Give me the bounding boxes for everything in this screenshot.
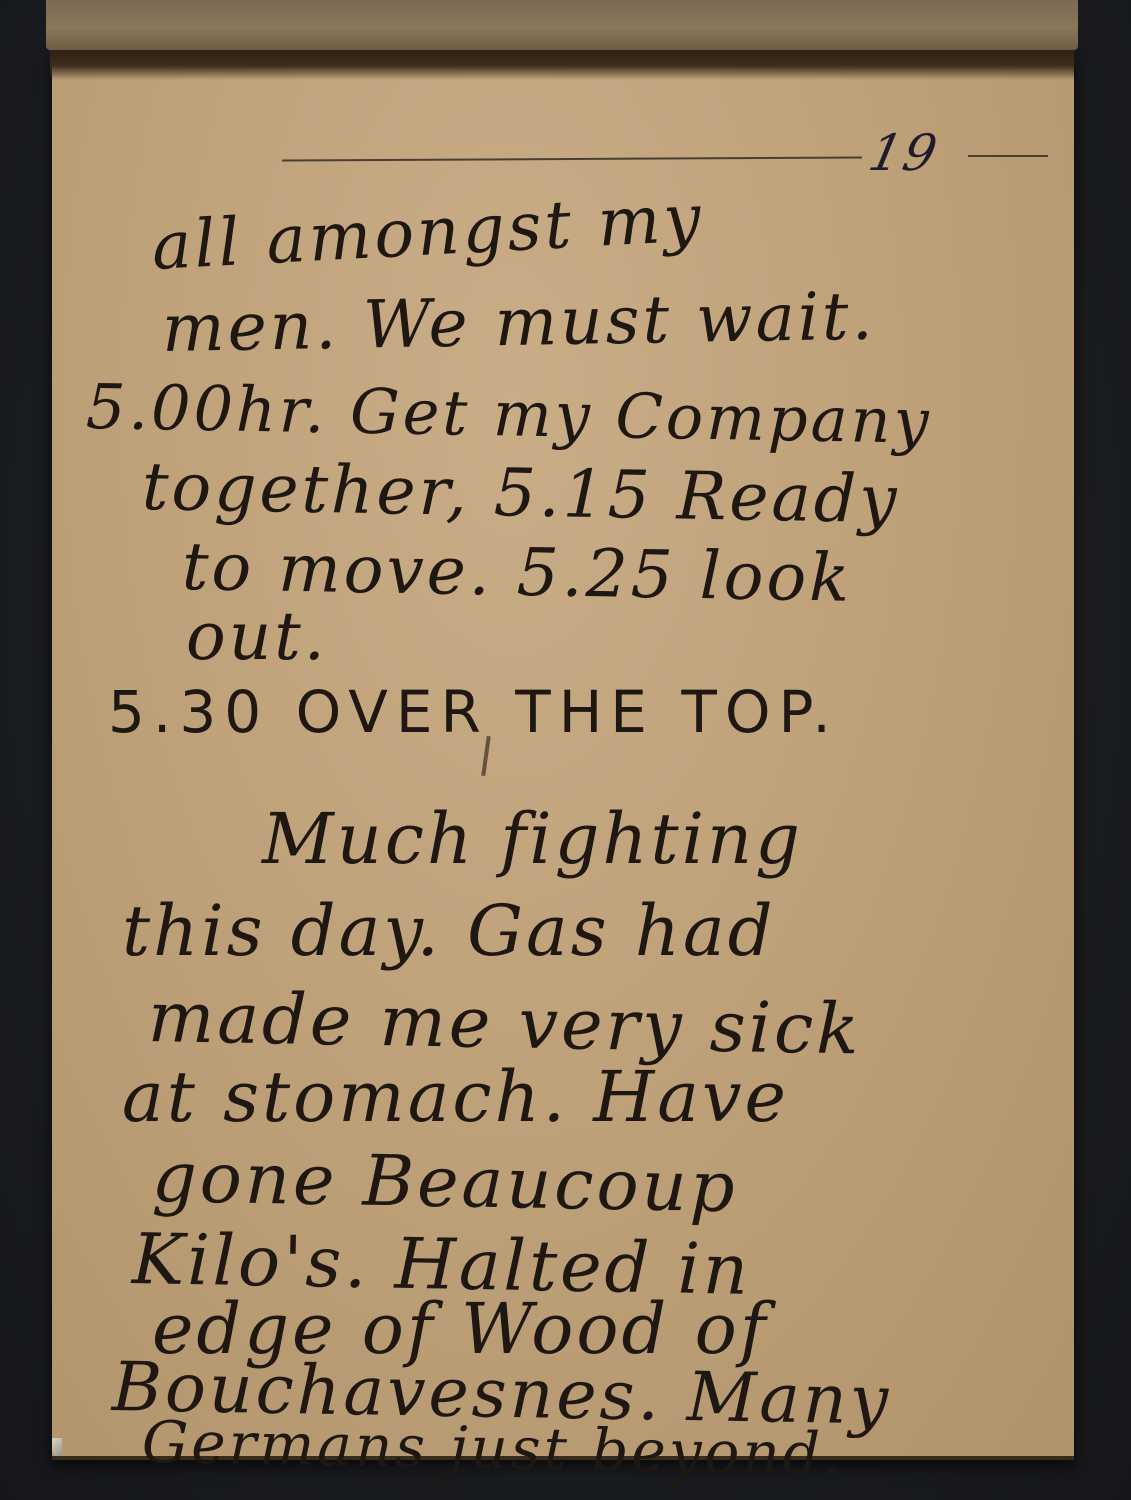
diary-line-4: together, 5.15 Ready — [141, 448, 900, 538]
diary-line-6: out. — [186, 598, 328, 675]
diary-line-7: 5.30 OVER THE TOP. — [108, 678, 839, 746]
page-corner — [52, 1438, 62, 1456]
notebook-page: 19 all amongst my men. We must wait. 5.0… — [52, 48, 1074, 1456]
diary-line-11: at stomach. Have — [122, 1056, 789, 1138]
page-year: 19 — [864, 124, 944, 182]
diary-line-8: Much fighting — [262, 798, 803, 880]
diary-line-9: this day. Gas had — [122, 890, 776, 972]
folded-page-top — [46, 0, 1078, 50]
diary-line-12: gone Beaucoup — [151, 1136, 738, 1228]
diary-line-16: Germans just beyond. — [141, 1408, 845, 1488]
diary-line-1: all amongst my — [150, 179, 705, 285]
notebook: 19 all amongst my men. We must wait. 5.0… — [46, 0, 1078, 1462]
diary-line-3: 5.00hr. Get my Company — [85, 370, 932, 458]
diary-line-2: men. We must wait. — [161, 278, 876, 367]
header-rule-right — [968, 155, 1048, 157]
fold-shadow — [50, 48, 1074, 80]
header-rule-left — [282, 156, 862, 161]
